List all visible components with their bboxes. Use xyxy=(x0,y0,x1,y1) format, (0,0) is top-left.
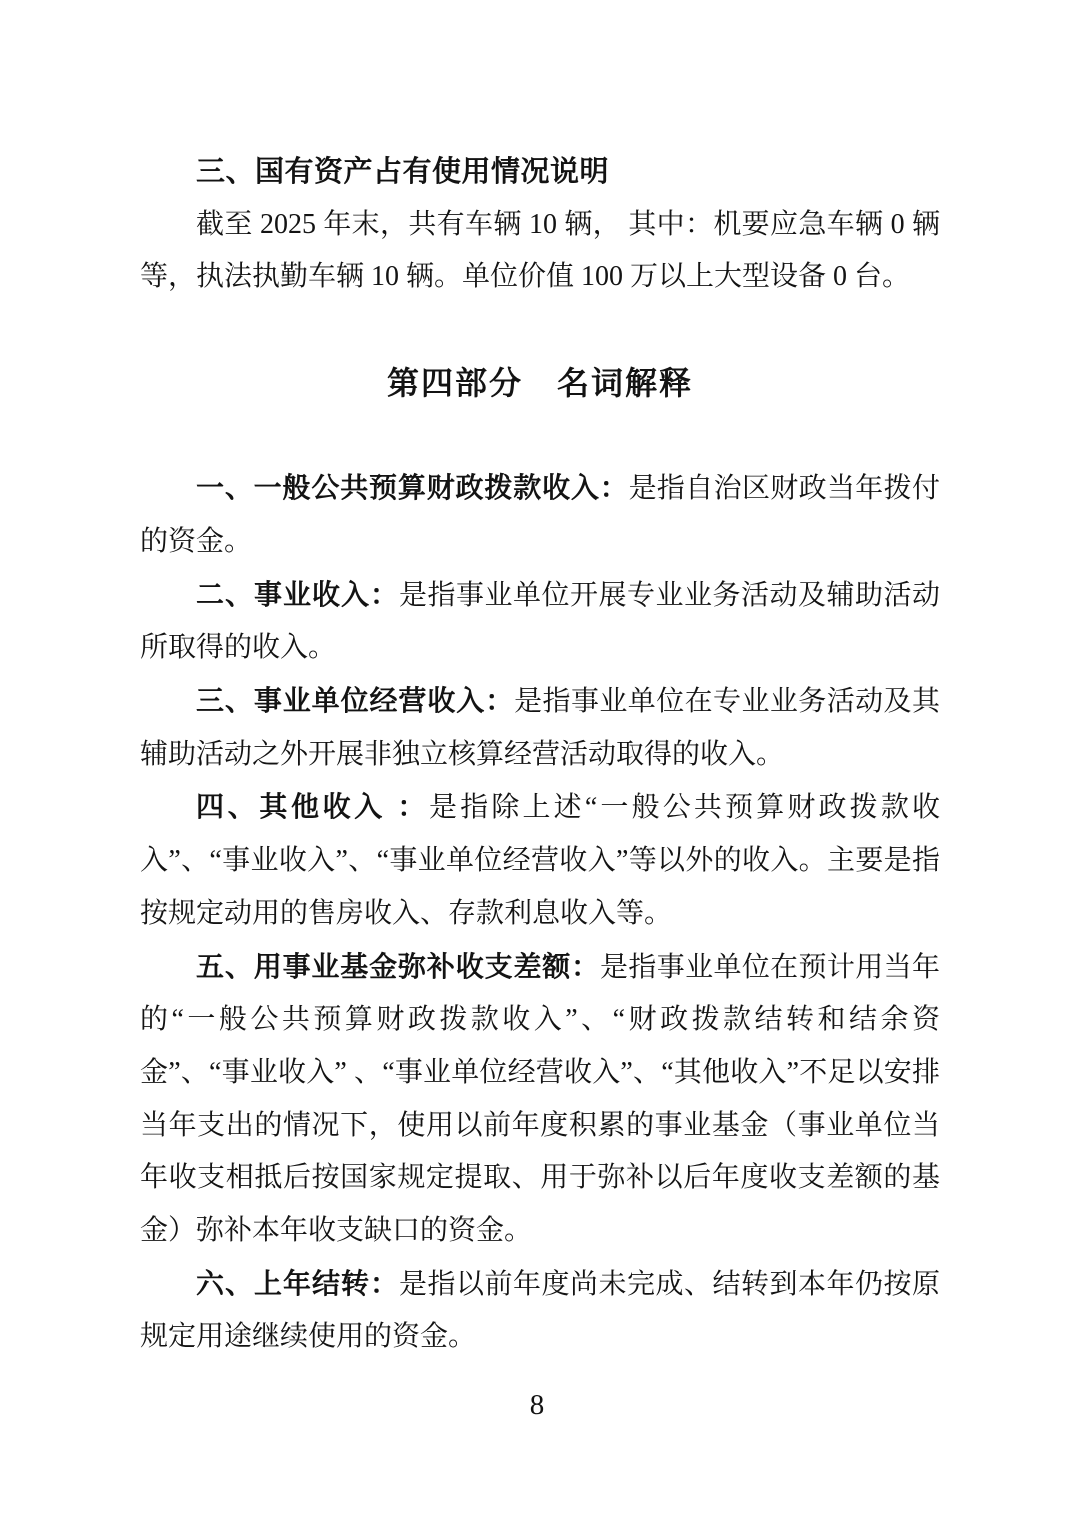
definition-term: 四、其他收入 ： xyxy=(196,791,429,822)
document-page: 三、国有资产占有使用情况说明 截至 2025 年末，共有车辆 10 辆， 其中：… xyxy=(0,0,1074,1520)
definition-item: 三、事业单位经营收入：是指事业单位在专业业务活动及其辅助活动之外开展非独立核算经… xyxy=(140,675,940,781)
definition-item: 四、其他收入 ：是指除上述“一般公共预算财政拨款收入”、“事业收入”、“事业单位… xyxy=(140,781,940,940)
section-paragraph: 截至 2025 年末，共有车辆 10 辆， 其中：机要应急车辆 0 辆等，执法执… xyxy=(140,199,940,304)
definition-item: 六、上年结转：是指以前年度尚未完成、结转到本年仍按原规定用途继续使用的资金。 xyxy=(140,1258,940,1364)
definition-term: 五、用事业基金弥补收支差额： xyxy=(196,951,600,982)
part-title: 第四部分 名词解释 xyxy=(140,357,940,410)
definition-term: 三、事业单位经营收入： xyxy=(196,685,514,716)
definition-item: 一、一般公共预算财政拨款收入：是指自治区财政当年拨付的资金。 xyxy=(140,462,940,568)
section-heading: 三、国有资产占有使用情况说明 xyxy=(140,146,940,199)
definition-item: 五、用事业基金弥补收支差额：是指事业单位在预计用当年的“一般公共预算财政拨款收入… xyxy=(140,941,940,1258)
definition-text: 是指事业单位在预计用当年的“一般公共预算财政拨款收入”、“财政拨款结转和结余资金… xyxy=(140,952,940,1247)
page-number: 8 xyxy=(0,1388,1074,1422)
definition-term: 六、上年结转： xyxy=(196,1268,399,1299)
definition-term: 一、一般公共预算财政拨款收入： xyxy=(196,472,629,503)
document-content: 三、国有资产占有使用情况说明 截至 2025 年末，共有车辆 10 辆， 其中：… xyxy=(140,146,940,1364)
definition-term: 二、事业收入： xyxy=(196,579,399,610)
definition-item: 二、事业收入：是指事业单位开展专业业务活动及辅助活动所取得的收入。 xyxy=(140,569,940,675)
